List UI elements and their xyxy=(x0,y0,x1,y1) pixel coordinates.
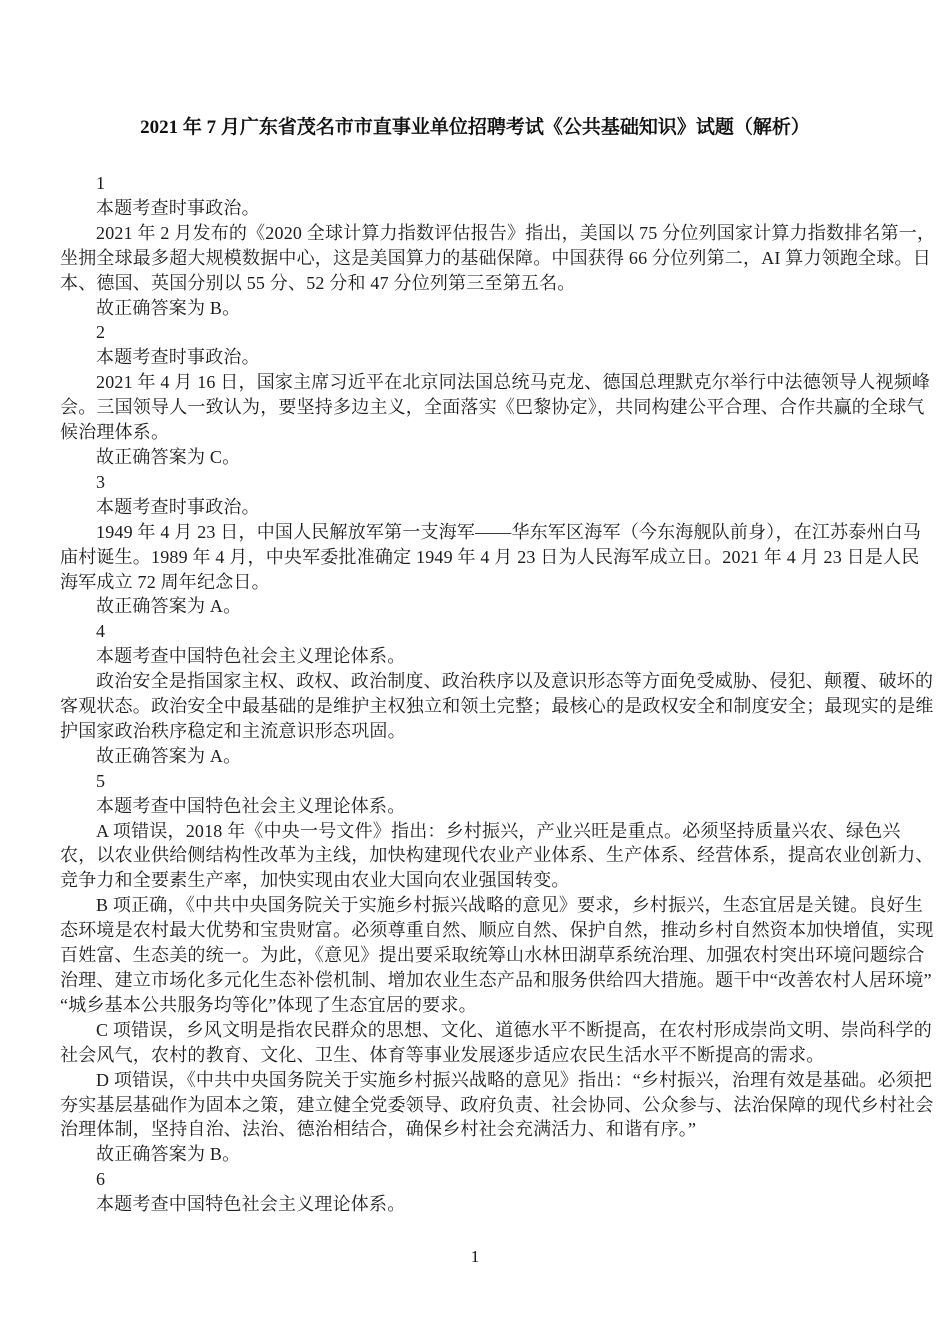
question-topic: 本题考查中国特色社会主义理论体系。 xyxy=(60,1192,936,1217)
question-topic: 本题考查时事政治。 xyxy=(60,495,936,520)
question-block-1: 1 本题考查时事政治。 2021 年 2 月发布的《2020 全球计算力指数评估… xyxy=(60,171,936,320)
question-topic: 本题考查时事政治。 xyxy=(60,345,936,370)
question-number: 5 xyxy=(60,769,936,794)
answer-line: 故正确答案为 A。 xyxy=(60,744,936,769)
question-number: 4 xyxy=(60,619,936,644)
question-block-6: 6 本题考查中国特色社会主义理论体系。 xyxy=(60,1167,936,1217)
question-number: 3 xyxy=(60,470,936,495)
explanation-paragraph-option-b: B 项正确，《中共中央国务院关于实施乡村振兴战略的意见》要求，乡村振兴，生态宜居… xyxy=(60,893,936,1018)
question-block-5: 5 本题考查中国特色社会主义理论体系。 A 项错误，2018 年《中央一号文件》… xyxy=(60,769,936,1168)
question-number: 2 xyxy=(60,320,936,345)
question-number: 1 xyxy=(60,171,936,196)
explanation-paragraph-option-d: D 项错误，《中共中央国务院关于实施乡村振兴战略的意见》指出：“乡村振兴，治理有… xyxy=(60,1068,936,1143)
question-block-4: 4 本题考查中国特色社会主义理论体系。 政治安全是指国家主权、政权、政治制度、政… xyxy=(60,619,936,768)
answer-line: 故正确答案为 B。 xyxy=(60,1142,936,1167)
question-number: 6 xyxy=(60,1167,936,1192)
document-title: 2021 年 7 月广东省茂名市市直事业单位招聘考试《公共基础知识》试题（解析） xyxy=(0,115,950,141)
question-block-3: 3 本题考查时事政治。 1949 年 4 月 23 日，中国人民解放军第一支海军… xyxy=(60,470,936,619)
question-topic: 本题考查中国特色社会主义理论体系。 xyxy=(60,794,936,819)
document-body: 1 本题考查时事政治。 2021 年 2 月发布的《2020 全球计算力指数评估… xyxy=(0,171,950,1217)
question-topic: 本题考查中国特色社会主义理论体系。 xyxy=(60,644,936,669)
explanation-paragraph: 2021 年 4 月 16 日，国家主席习近平在北京同法国总统马克龙、德国总理默… xyxy=(60,370,936,445)
answer-line: 故正确答案为 A。 xyxy=(60,594,936,619)
question-topic: 本题考查时事政治。 xyxy=(60,196,936,221)
explanation-paragraph: 2021 年 2 月发布的《2020 全球计算力指数评估报告》指出，美国以 75… xyxy=(60,221,936,296)
document-page: 2021 年 7 月广东省茂名市市直事业单位招聘考试《公共基础知识》试题（解析）… xyxy=(0,0,950,1344)
question-block-2: 2 本题考查时事政治。 2021 年 4 月 16 日，国家主席习近平在北京同法… xyxy=(60,320,936,469)
answer-line: 故正确答案为 B。 xyxy=(60,296,936,321)
explanation-paragraph-option-c: C 项错误，乡风文明是指农民群众的思想、文化、道德水平不断提高，在农村形成崇尚文… xyxy=(60,1018,936,1068)
explanation-paragraph: 1949 年 4 月 23 日，中国人民解放军第一支海军——华东军区海军（今东海… xyxy=(60,520,936,595)
answer-line: 故正确答案为 C。 xyxy=(60,445,936,470)
explanation-paragraph: 政治安全是指国家主权、政权、政治制度、政治秩序以及意识形态等方面免受威胁、侵犯、… xyxy=(60,669,936,744)
page-number: 1 xyxy=(0,1247,950,1267)
explanation-paragraph-option-a: A 项错误，2018 年《中央一号文件》指出：乡村振兴，产业兴旺是重点。必须坚持… xyxy=(60,819,936,894)
